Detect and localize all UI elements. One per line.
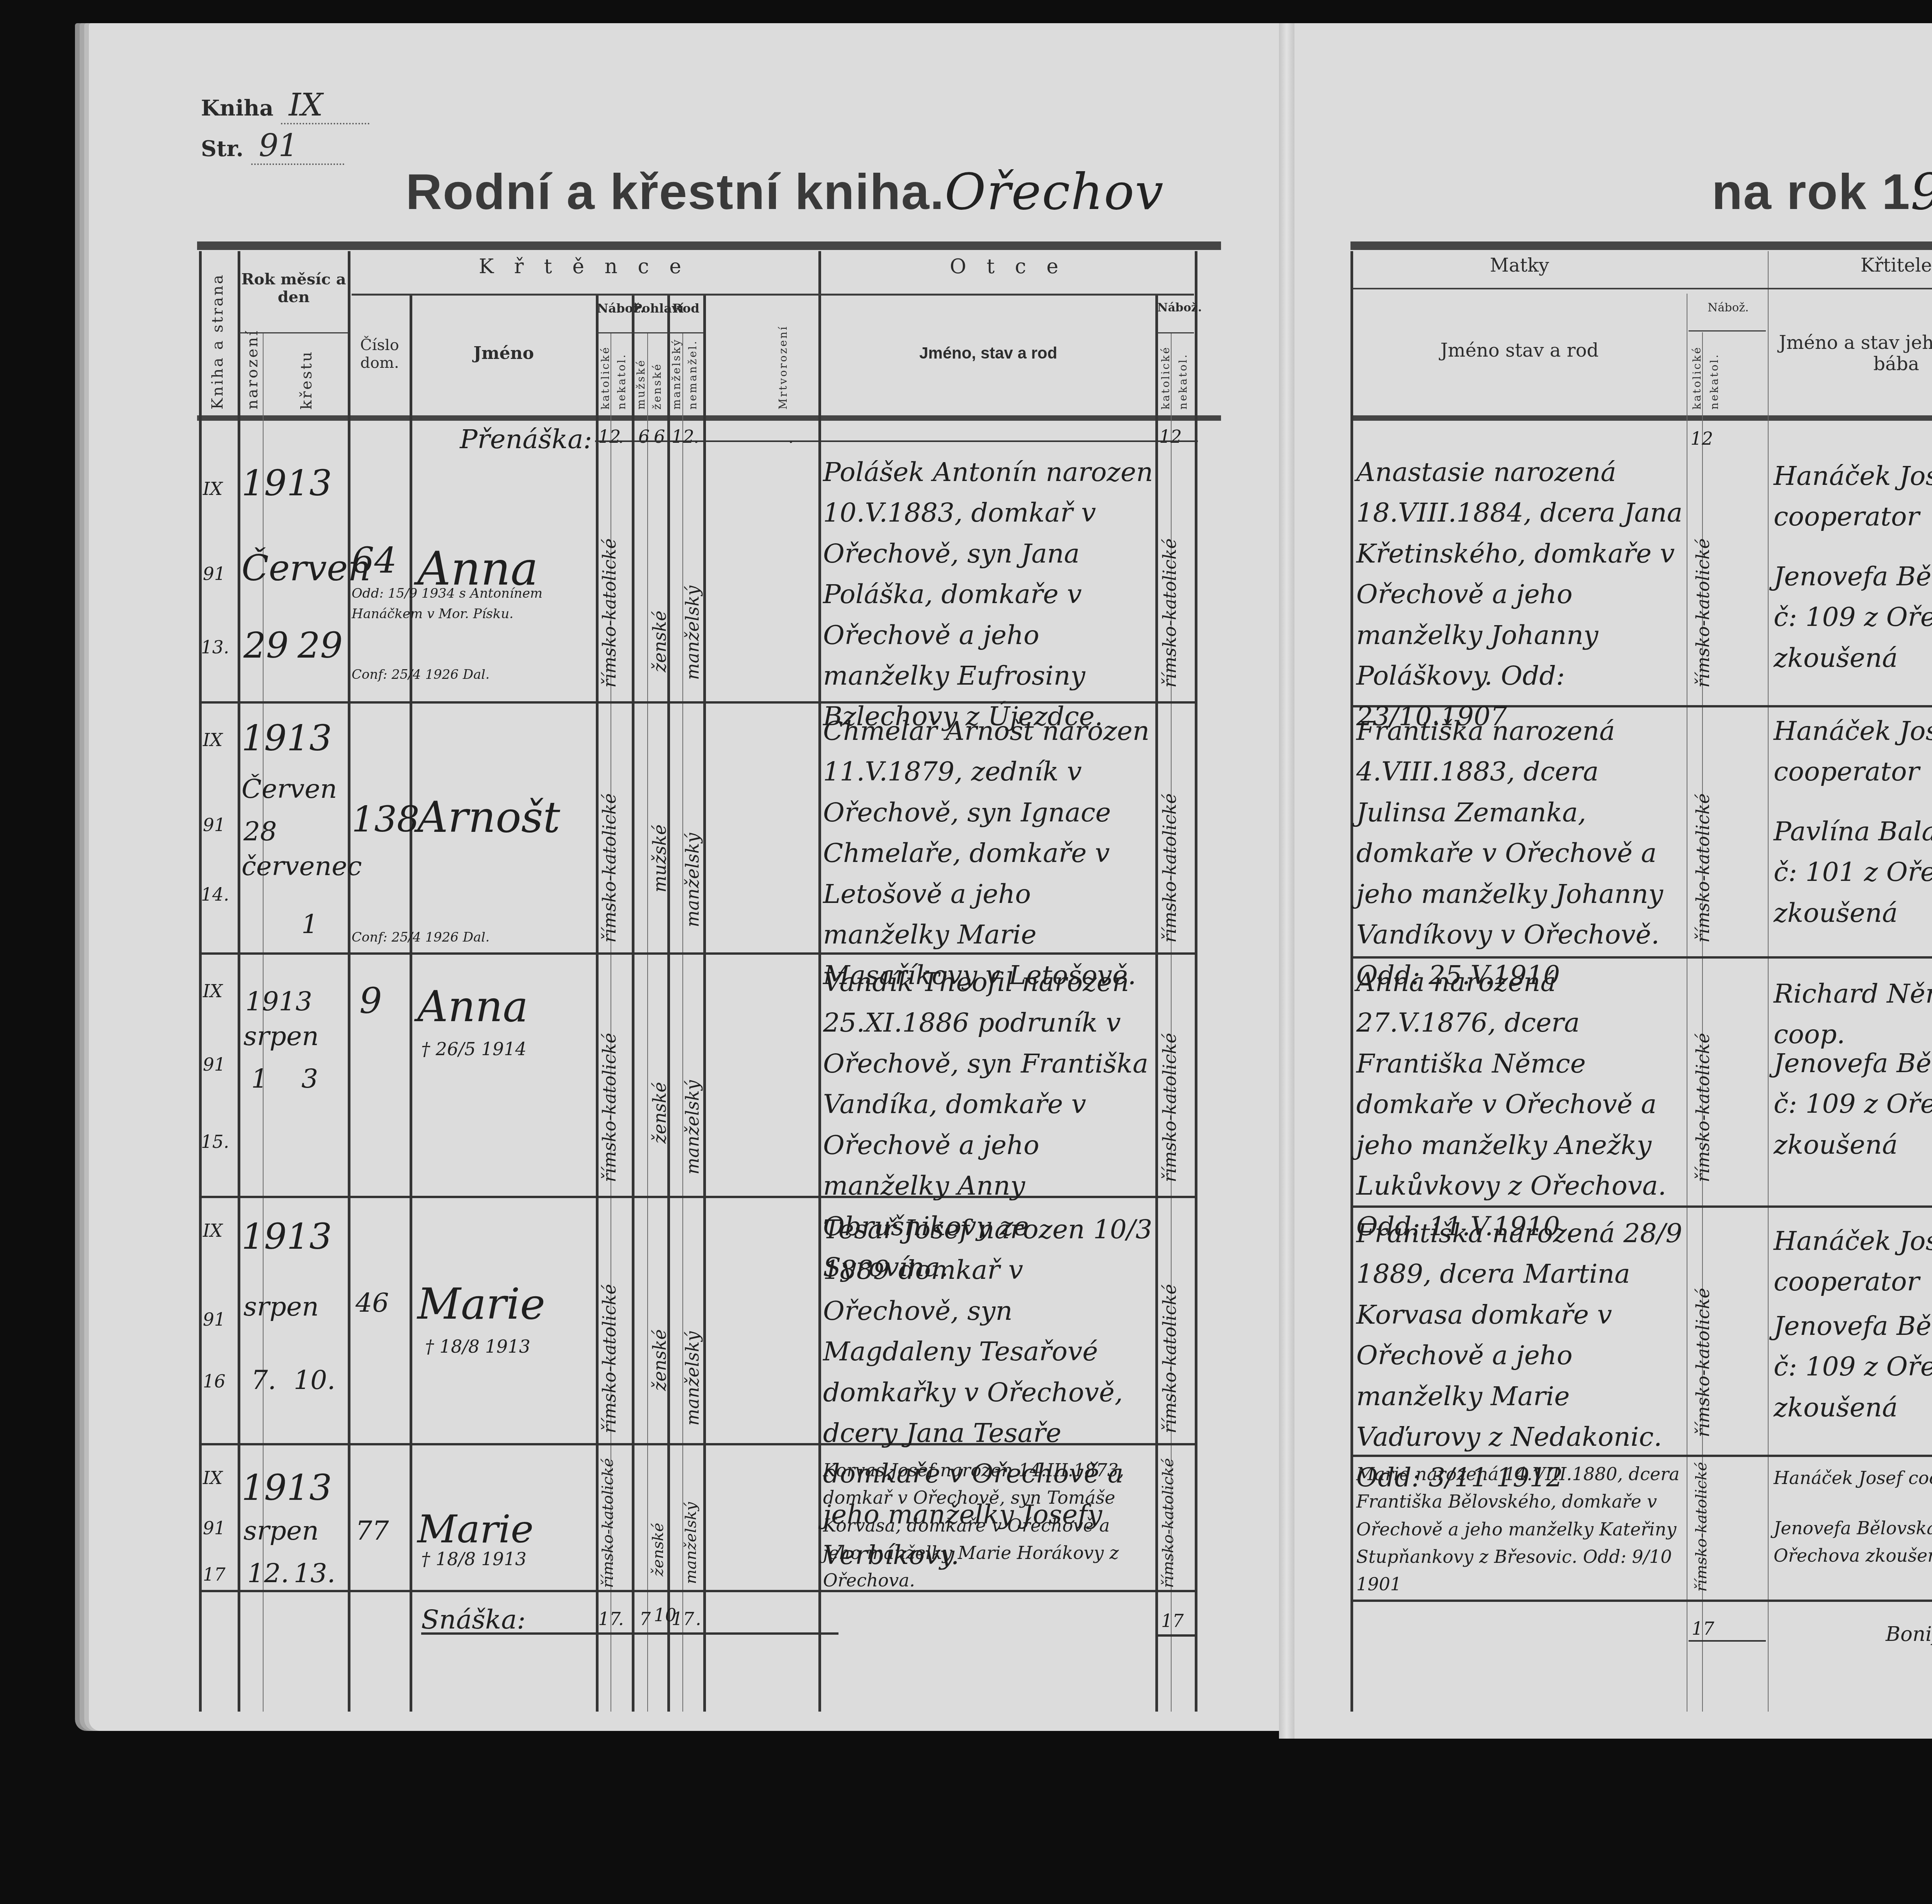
entry-strana: 91	[203, 1051, 226, 1078]
entry-naboz: římsko-katolické	[599, 1457, 617, 1588]
carry-over-katolicke: 12	[598, 423, 621, 450]
header-krtence: K ř t ě n c e	[352, 255, 815, 278]
header-muzske: mužské	[634, 340, 647, 410]
sub-rule	[1352, 288, 1932, 289]
page-value: 91	[251, 127, 345, 165]
carry-over-label: Přenáška:	[460, 419, 592, 460]
entry-rok: 1913	[241, 1460, 332, 1516]
entry-rod: manželský	[682, 475, 703, 680]
header-otce: O t c e	[821, 255, 1194, 278]
col-line	[348, 251, 350, 1712]
entry-strana: 91	[203, 560, 226, 588]
entry-kniha: IX	[203, 977, 223, 1005]
header-pohlavi: Pohlaví	[633, 301, 668, 316]
entry-naboz: římsko-katolické	[599, 966, 620, 1182]
entry-kniha: IX	[203, 1464, 223, 1492]
book-gutter	[1279, 23, 1294, 1739]
entry-conf: Conf: 25/4 1926 Dal.	[352, 665, 595, 685]
entry-krtitel: Hanáček Josef cooperator	[1774, 1221, 1932, 1302]
entry-narozeni: 29	[243, 618, 289, 673]
entry-jmeno: Marie	[417, 1271, 545, 1337]
header-matky-katolicke: katolické	[1690, 340, 1703, 410]
entry-mesic: srpen	[243, 1287, 319, 1327]
year-printed: na rok 1	[1712, 163, 1911, 220]
header-otce-jmeno: Jméno, stav a rod	[821, 344, 1155, 362]
entry-cislo-domu: 64	[352, 533, 397, 588]
entry-note: † 18/8 1913	[421, 1545, 527, 1573]
header-rok-mesic-den: Rok měsíc a den	[240, 270, 348, 306]
col-line	[632, 294, 634, 1712]
top-rule-left	[197, 241, 1221, 250]
header-matky: Matky	[1352, 255, 1687, 276]
register-year: na rok 1913.	[1712, 162, 1932, 221]
header-rod: Rod	[668, 301, 703, 316]
entry-rod: manželský	[682, 1468, 700, 1584]
entry-cislo-domu: 46	[355, 1283, 389, 1323]
entry-otec: Chmelař Arnošt narozen 11.V.1879, zedník…	[823, 711, 1153, 996]
carry-over-otce-katolicke: 12	[1159, 423, 1182, 450]
entry-matka-naboz: římsko-katolické	[1692, 966, 1713, 1182]
header-zenske: ženské	[651, 340, 663, 410]
header-matky-naboz: Nábož.	[1689, 301, 1768, 315]
entry-baba: Jenovefa Bělovská č: 109 z Ořechova zkou…	[1774, 1306, 1932, 1428]
entry-strana: 91	[203, 1306, 226, 1333]
entry-matka-naboz: římsko-katolické	[1692, 456, 1713, 688]
header-krestu: křestu	[298, 340, 315, 410]
header-kniha-a-strana: Kniha a strana	[209, 270, 226, 410]
header-otce-katolicke: katolické	[1159, 340, 1172, 410]
entry-cislo: 14.	[201, 881, 229, 908]
totals-muzske: 7	[639, 1605, 651, 1633]
entry-rok: 1913	[241, 456, 332, 511]
title-printed: Rodní a křestní kniha.	[406, 163, 945, 220]
entry-mesic: srpen	[243, 1511, 319, 1551]
book-value: IX	[281, 87, 369, 124]
entry-conf: Conf: 25/4 1926 Dal.	[352, 927, 595, 948]
entry-pohlavi: ženské	[649, 1252, 670, 1391]
entry-matka-naboz: římsko-katolické	[1692, 711, 1713, 943]
carry-over-zenske: 6	[654, 423, 665, 450]
entry-note: † 18/8 1913	[425, 1333, 531, 1360]
header-krtitele-jmeno: Jméno a stav jeho Zkouš. bába	[1770, 332, 1932, 375]
entry-otec-naboz: římsko-katolické	[1159, 456, 1180, 688]
register-title: Rodní a křestní kniha.Ořechov	[406, 162, 1164, 221]
header-manzelsky: manželský	[670, 340, 683, 410]
header-mrtvorozeni: Mrtvorození	[777, 325, 789, 410]
col-line	[1687, 294, 1687, 1712]
entry-kniha: IX	[203, 475, 223, 503]
sub-rule	[597, 332, 703, 333]
entry-otec: Korvas Josef narozen 14.III.1873, domkař…	[823, 1457, 1153, 1594]
entry-cislo-domu: 9	[359, 974, 382, 1029]
entry-baba: Pavlína Balajová č: 101 z Ořechova zkouš…	[1774, 811, 1932, 933]
entry-baba: Jenovefa Bělovská č: 109 z Ořechova zkou…	[1774, 556, 1932, 678]
col-line	[703, 294, 706, 1712]
signature-name: Bonifác Kittrich	[1886, 1623, 1932, 1646]
entry-strana: 91	[203, 811, 226, 839]
entry-baba: Jenovefa Bělovská č: 109 z Ořechova zkou…	[1774, 1043, 1932, 1165]
row-separator	[1350, 1600, 1932, 1602]
entry-narozeni: 7.	[251, 1360, 276, 1401]
entry-pohlavi: ženské	[649, 1005, 670, 1144]
entry-krestu: 1	[301, 904, 318, 945]
col-line	[1350, 251, 1353, 1712]
totals-katolicke: 17	[598, 1605, 621, 1633]
header-krtitele: Křtitele	[1770, 255, 1932, 276]
entry-pohlavi: ženské	[649, 533, 670, 672]
entry-krtitel: Hanáček Josef cooperator	[1774, 711, 1932, 792]
sub-rule	[1157, 332, 1194, 333]
header-nekatol: nekatol.	[615, 340, 628, 410]
entry-narozeni: 1	[251, 1059, 268, 1099]
book-number: Kniha IX	[201, 87, 369, 123]
page-label: Str.	[201, 136, 243, 161]
entry-narozeni: 12.	[247, 1553, 289, 1594]
entry-rod: manželský	[682, 734, 703, 927]
entry-otec: Polášek Antonín narozen 10.V.1883, domka…	[823, 452, 1153, 737]
entry-matka: Anastasie narozená 18.VIII.1884, dcera J…	[1356, 452, 1683, 737]
entry-rok: 1913	[241, 1209, 332, 1265]
entry-rod: manželský	[682, 1005, 703, 1175]
entry-matka-naboz: římsko-katolické	[1692, 1460, 1710, 1592]
header-nemanzel: nemanžel.	[686, 340, 699, 410]
totals-nekatol: .	[618, 1605, 624, 1633]
header-jmeno: Jméno	[412, 344, 596, 364]
header-otce-nekatol: nekatol.	[1177, 340, 1189, 410]
entry-kniha: IX	[203, 726, 223, 754]
col-line	[1768, 251, 1769, 1712]
entry-jmeno: Arnošt	[417, 784, 560, 850]
header-otce-naboz: Nábož.	[1157, 301, 1194, 315]
entry-mesic: srpen	[243, 1016, 319, 1057]
totals-rule	[421, 1632, 838, 1635]
page-number: Str. 91	[201, 127, 344, 163]
header-bottom-rule-right	[1350, 415, 1932, 421]
carry-over-nemanzel: .	[694, 423, 699, 450]
entry-matka: Marie narozená 14.VIII.1880, dcera Frant…	[1356, 1460, 1683, 1598]
sub-rule	[821, 294, 1194, 296]
entry-matka-naboz: římsko-katolické	[1692, 1213, 1713, 1437]
entry-kniha: IX	[203, 1217, 223, 1244]
col-line	[1195, 251, 1197, 1712]
entry-mesic-krestu: červenec	[241, 846, 362, 887]
entry-naboz: římsko-katolické	[599, 711, 620, 943]
entry-cislo-domu: 138	[352, 792, 420, 847]
book-label: Kniha	[201, 95, 274, 121]
carry-over-nekatol: .	[618, 423, 624, 450]
totals-nemanzel: .	[696, 1605, 701, 1633]
entry-otec-naboz: římsko-katolické	[1159, 711, 1180, 943]
header-matky-jmeno: Jméno stav a rod	[1352, 340, 1687, 361]
entry-jmeno: Anna	[417, 974, 528, 1040]
entry-cislo: 15.	[201, 1128, 229, 1156]
entry-naboz: římsko-katolické	[599, 456, 620, 688]
entry-matka: Anna narozená 27.V.1876, dcera Františka…	[1356, 962, 1683, 1247]
entry-krestu: 10.	[294, 1360, 335, 1401]
totals-matky-katolicke: 17	[1692, 1615, 1714, 1642]
header-katolicke: katolické	[599, 340, 612, 410]
entry-matka: Františka narozená 28/9 1889, dcera Mart…	[1356, 1213, 1683, 1498]
col-line	[1155, 294, 1158, 1712]
entry-krestu: 3	[301, 1059, 318, 1099]
entry-cislo: 17	[203, 1561, 226, 1588]
col-line	[596, 294, 599, 1712]
entry-cislo-domu: 77	[355, 1511, 389, 1551]
entry-krtitel: Hanáček Josef cooperator	[1774, 1464, 1932, 1492]
carry-over-manzelsky: 12	[672, 423, 694, 450]
entry-otec-naboz: římsko-katolické	[1159, 966, 1180, 1182]
entry-pohlavi: mužské	[649, 753, 670, 892]
entry-rod: manželský	[682, 1248, 703, 1426]
carry-over-muzske: 6	[638, 423, 650, 450]
entry-note: † 26/5 1914	[421, 1035, 527, 1063]
totals-manzelsky: 17	[672, 1605, 694, 1633]
header-bottom-rule-left	[197, 415, 1221, 421]
entry-rok: 1913	[241, 711, 332, 766]
entry-krtitel: Hanáček Josef cooperator	[1774, 456, 1932, 537]
carry-over-matky-katolicke: 12	[1690, 425, 1713, 452]
entry-naboz: římsko-katolické	[599, 1209, 620, 1433]
sub-rule	[1689, 330, 1766, 331]
col-line	[647, 332, 648, 1712]
totals-rule	[1157, 1634, 1196, 1637]
entry-otec-naboz: římsko-katolické	[1159, 1457, 1177, 1588]
entry-pohlavi: ženské	[649, 1491, 667, 1576]
entry-strana: 91	[203, 1515, 226, 1542]
col-line	[818, 251, 821, 1712]
col-line	[410, 294, 412, 1712]
header-matky-nekatol: nekatol.	[1708, 340, 1721, 410]
carry-over-rule	[595, 440, 1198, 442]
entry-matka: Františka narozená 4.VIII.1883, dcera Ju…	[1356, 711, 1683, 996]
entry-cislo: 13.	[201, 634, 229, 661]
totals-otce-katolicke: 17	[1161, 1607, 1184, 1635]
entry-baba: Jenovefa Bělovská č: 109 z Ořechova zkou…	[1774, 1515, 1932, 1570]
totals-rule	[1689, 1640, 1766, 1642]
col-line	[667, 294, 670, 1712]
header-narozeni: narození	[243, 340, 261, 410]
entry-otec-naboz: římsko-katolické	[1159, 1209, 1180, 1433]
top-rule-right	[1350, 241, 1932, 250]
header-naboz: Nábož.	[597, 301, 632, 316]
header-cislo-dom: Číslo dom.	[350, 336, 410, 372]
entry-cislo: 16	[203, 1368, 226, 1395]
entry-krestu: 29	[298, 618, 343, 673]
entry-krestu: 13.	[294, 1553, 335, 1594]
col-line	[199, 251, 202, 1712]
carry-over-mrtvorozeni: .	[788, 423, 794, 450]
year-handwritten: 913.	[1911, 162, 1932, 221]
entry-mesic: Červen	[241, 769, 337, 809]
col-line	[238, 251, 240, 1712]
title-place: Ořechov	[945, 162, 1164, 221]
entry-note: Odd: 15/9 1934 s Antonínem Hanáčkem v Mo…	[352, 583, 595, 624]
